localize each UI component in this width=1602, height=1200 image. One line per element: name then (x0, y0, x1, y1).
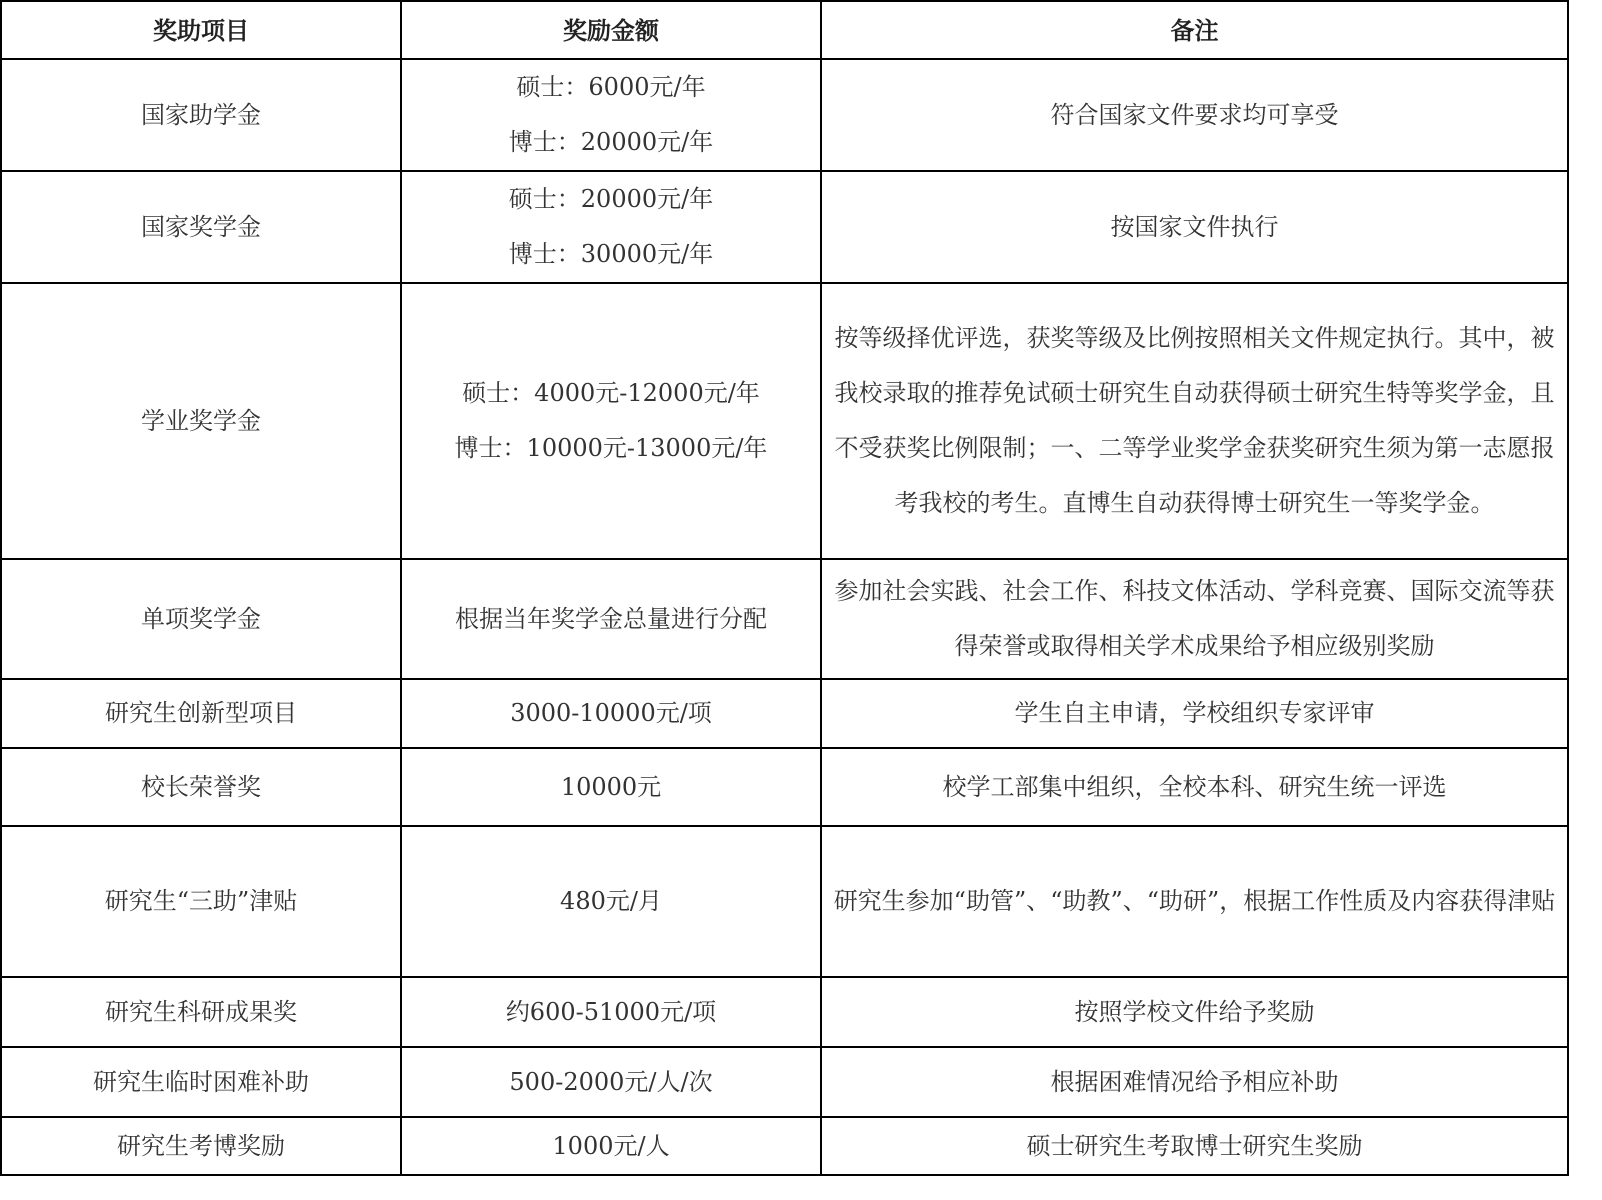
remark-text: 硕士研究生考取博士研究生奖励 (824, 1119, 1565, 1174)
table-row: 国家助学金硕士：6000元/年博士：20000元/年符合国家文件要求均可享受 (1, 59, 1568, 171)
cell-amount: 3000-10000元/项 (401, 679, 821, 748)
cell-item: 研究生临时困难补助 (1, 1047, 401, 1117)
table-row: 研究生考博奖励1000元/人硕士研究生考取博士研究生奖励 (1, 1117, 1568, 1175)
header-item: 奖助项目 (1, 1, 401, 59)
remark-text: 符合国家文件要求均可享受 (824, 88, 1565, 143)
cell-amount: 根据当年奖学金总量进行分配 (401, 559, 821, 679)
amount-line: 约600-51000元/项 (404, 985, 818, 1040)
table-row: 学业奖学金硕士：4000元-12000元/年博士：10000元-13000元/年… (1, 283, 1568, 559)
amount-line: 硕士：6000元/年 (404, 60, 818, 115)
cell-remark: 按照学校文件给予奖励 (821, 977, 1568, 1047)
cell-amount: 1000元/人 (401, 1117, 821, 1175)
cell-remark: 校学工部集中组织，全校本科、研究生统一评选 (821, 748, 1568, 826)
table-row: 国家奖学金硕士：20000元/年博士：30000元/年按国家文件执行 (1, 171, 1568, 283)
cell-remark: 根据困难情况给予相应补助 (821, 1047, 1568, 1117)
cell-amount: 硕士：6000元/年博士：20000元/年 (401, 59, 821, 171)
cell-remark: 按等级择优评选，获奖等级及比例按照相关文件规定执行。其中，被我校录取的推荐免试硕… (821, 283, 1568, 559)
amount-line: 1000元/人 (404, 1119, 818, 1174)
cell-remark: 符合国家文件要求均可享受 (821, 59, 1568, 171)
cell-item: 研究生考博奖励 (1, 1117, 401, 1175)
cell-amount: 480元/月 (401, 826, 821, 977)
remark-text: 按等级择优评选，获奖等级及比例按照相关文件规定执行。其中，被我校录取的推荐免试硕… (824, 311, 1565, 531)
cell-remark: 参加社会实践、社会工作、科技文体活动、学科竞赛、国际交流等获得荣誉或取得相关学术… (821, 559, 1568, 679)
amount-line: 硕士：4000元-12000元/年 (404, 366, 818, 421)
amount-line: 根据当年奖学金总量进行分配 (404, 592, 818, 647)
scholarship-table: 奖助项目 奖励金额 备注 国家助学金硕士：6000元/年博士：20000元/年符… (0, 0, 1569, 1176)
amount-line: 500-2000元/人/次 (404, 1055, 818, 1110)
header-amount: 奖励金额 (401, 1, 821, 59)
cell-amount: 10000元 (401, 748, 821, 826)
remark-text: 根据困难情况给予相应补助 (824, 1055, 1565, 1110)
remark-text: 研究生参加“助管”、“助教”、“助研”，根据工作性质及内容获得津贴 (824, 874, 1565, 929)
amount-line: 480元/月 (404, 874, 818, 929)
remark-text: 参加社会实践、社会工作、科技文体活动、学科竞赛、国际交流等获得荣誉或取得相关学术… (824, 564, 1565, 674)
table-row: 研究生“三助”津贴480元/月研究生参加“助管”、“助教”、“助研”，根据工作性… (1, 826, 1568, 977)
cell-item: 国家奖学金 (1, 171, 401, 283)
cell-item: 国家助学金 (1, 59, 401, 171)
table-row: 研究生创新型项目3000-10000元/项学生自主申请，学校组织专家评审 (1, 679, 1568, 748)
cell-item: 单项奖学金 (1, 559, 401, 679)
header-row: 奖助项目 奖励金额 备注 (1, 1, 1568, 59)
remark-text: 按照学校文件给予奖励 (824, 985, 1565, 1040)
amount-line: 博士：10000元-13000元/年 (404, 421, 818, 476)
cell-amount: 约600-51000元/项 (401, 977, 821, 1047)
table-row: 校长荣誉奖10000元校学工部集中组织，全校本科、研究生统一评选 (1, 748, 1568, 826)
cell-amount: 硕士：20000元/年博士：30000元/年 (401, 171, 821, 283)
cell-remark: 硕士研究生考取博士研究生奖励 (821, 1117, 1568, 1175)
cell-item: 研究生“三助”津贴 (1, 826, 401, 977)
remark-text: 学生自主申请，学校组织专家评审 (824, 686, 1565, 741)
cell-remark: 研究生参加“助管”、“助教”、“助研”，根据工作性质及内容获得津贴 (821, 826, 1568, 977)
amount-line: 10000元 (404, 760, 818, 815)
cell-item: 研究生创新型项目 (1, 679, 401, 748)
header-remark: 备注 (821, 1, 1568, 59)
cell-item: 校长荣誉奖 (1, 748, 401, 826)
amount-line: 博士：20000元/年 (404, 115, 818, 170)
table-row: 研究生临时困难补助500-2000元/人/次根据困难情况给予相应补助 (1, 1047, 1568, 1117)
amount-line: 博士：30000元/年 (404, 227, 818, 282)
cell-remark: 按国家文件执行 (821, 171, 1568, 283)
cell-item: 研究生科研成果奖 (1, 977, 401, 1047)
cell-remark: 学生自主申请，学校组织专家评审 (821, 679, 1568, 748)
cell-amount: 硕士：4000元-12000元/年博士：10000元-13000元/年 (401, 283, 821, 559)
amount-line: 硕士：20000元/年 (404, 172, 818, 227)
table-body: 国家助学金硕士：6000元/年博士：20000元/年符合国家文件要求均可享受国家… (1, 59, 1568, 1175)
amount-line: 3000-10000元/项 (404, 686, 818, 741)
remark-text: 按国家文件执行 (824, 200, 1565, 255)
table-row: 研究生科研成果奖约600-51000元/项按照学校文件给予奖励 (1, 977, 1568, 1047)
remark-text: 校学工部集中组织，全校本科、研究生统一评选 (824, 760, 1565, 815)
cell-amount: 500-2000元/人/次 (401, 1047, 821, 1117)
cell-item: 学业奖学金 (1, 283, 401, 559)
table-row: 单项奖学金根据当年奖学金总量进行分配参加社会实践、社会工作、科技文体活动、学科竞… (1, 559, 1568, 679)
